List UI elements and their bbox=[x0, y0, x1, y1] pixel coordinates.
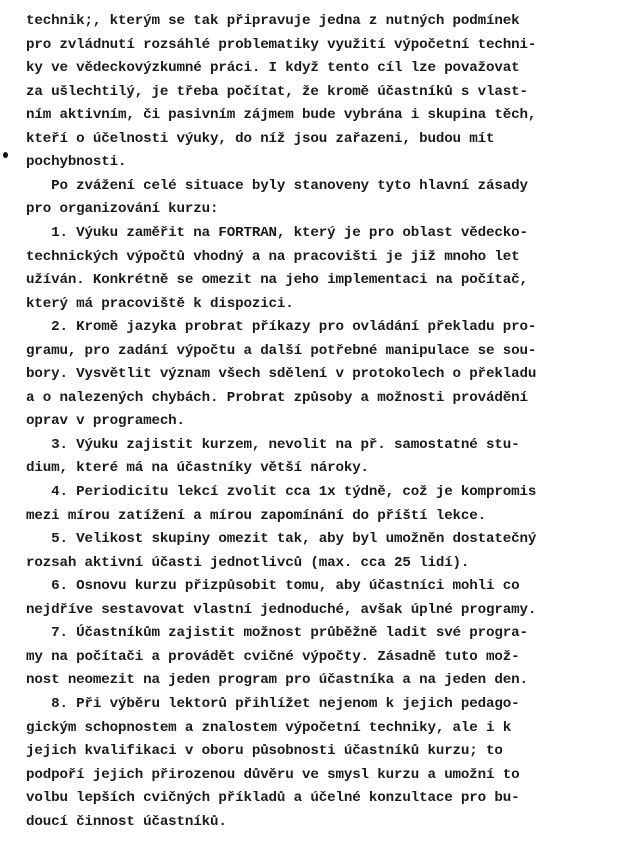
text-line: gramu, pro zadání výpočtu a další potřeb… bbox=[26, 342, 536, 360]
text-line: pro zvládnutí rozsáhlé problematiky využ… bbox=[26, 36, 536, 54]
text-line: a o nalezených chybách. Probrat způsoby … bbox=[26, 389, 528, 407]
text-line: který má pracoviště k dispozici. bbox=[26, 295, 294, 313]
text-line: 4. Periodicitu lekcí zvolit cca 1x týdně… bbox=[26, 483, 536, 501]
text-line: 8. Při výběru lektorů přihlížet nejenom … bbox=[26, 695, 519, 713]
text-line: 3. Výuku zajistit kurzem, nevolit na př.… bbox=[26, 436, 519, 454]
text-line: nost neomezit na jeden program pro účast… bbox=[26, 671, 528, 689]
text-line: 6. Osnovu kurzu přizpůsobit tomu, aby úč… bbox=[26, 577, 519, 595]
text-line: ním aktivním, či pasivním zájmem bude vy… bbox=[26, 106, 536, 124]
text-line: 1. Výuku zaměřit na FORTRAN, který je pr… bbox=[26, 224, 528, 242]
text-line: mezi mírou zatížení a mírou zapomínání d… bbox=[26, 507, 486, 525]
text-line: gickým schopnostem a znalostem výpočetní… bbox=[26, 719, 511, 737]
text-line: 5. Velikost skupiny omezit tak, aby byl … bbox=[26, 530, 536, 548]
text-line: pro organizování kurzu: bbox=[26, 200, 218, 218]
text-line: rozsah aktivní účasti jednotlivců (max. … bbox=[26, 554, 469, 572]
text-line: technik;, kterým se tak připravuje jedna… bbox=[26, 12, 519, 30]
text-line: doucí činnost účastníků. bbox=[26, 813, 227, 831]
text-line: oprav v programech. bbox=[26, 412, 185, 430]
text-line: ky ve vědeckovýzkumné práci. I když tent… bbox=[26, 59, 519, 77]
text-line: 2. Kromě jazyka probrat příkazy pro ovlá… bbox=[26, 318, 536, 336]
text-line: technických výpočtů vhodný a na pracoviš… bbox=[26, 248, 519, 266]
text-line: volbu lepších cvičných příkladů a účelné… bbox=[26, 789, 519, 807]
typewritten-page: technik;, kterým se tak připravuje jedna… bbox=[0, 0, 621, 850]
text-line: Po zvážení celé situace byly stanoveny t… bbox=[26, 177, 528, 195]
text-line: za ušlechtilý, je třeba počítat, že krom… bbox=[26, 83, 528, 101]
text-line: podpoří jejich přirozenou důvěru ve smys… bbox=[26, 766, 519, 784]
text-line: dium, které má na účastníky větší nároky… bbox=[26, 459, 369, 477]
text-line: 7. Účastníkům zajistit možnost průběžně … bbox=[26, 624, 528, 642]
text-line: užíván. Konkrétně se omezit na jeho impl… bbox=[26, 271, 528, 289]
text-line: nejdříve sestavovat vlastní jednoduché, … bbox=[26, 601, 536, 619]
text-line: pochybnosti. bbox=[26, 153, 126, 171]
text-line: kteří o účelnosti výuky, do níž jsou zař… bbox=[26, 130, 494, 148]
margin-ink-dot bbox=[3, 152, 8, 158]
text-line: bory. Vysvětlit význam všech sdělení v p… bbox=[26, 365, 536, 383]
text-line: my na počítači a provádět cvičné výpočty… bbox=[26, 648, 519, 666]
text-line: jejich kvalifikaci v oboru působnosti úč… bbox=[26, 742, 503, 760]
